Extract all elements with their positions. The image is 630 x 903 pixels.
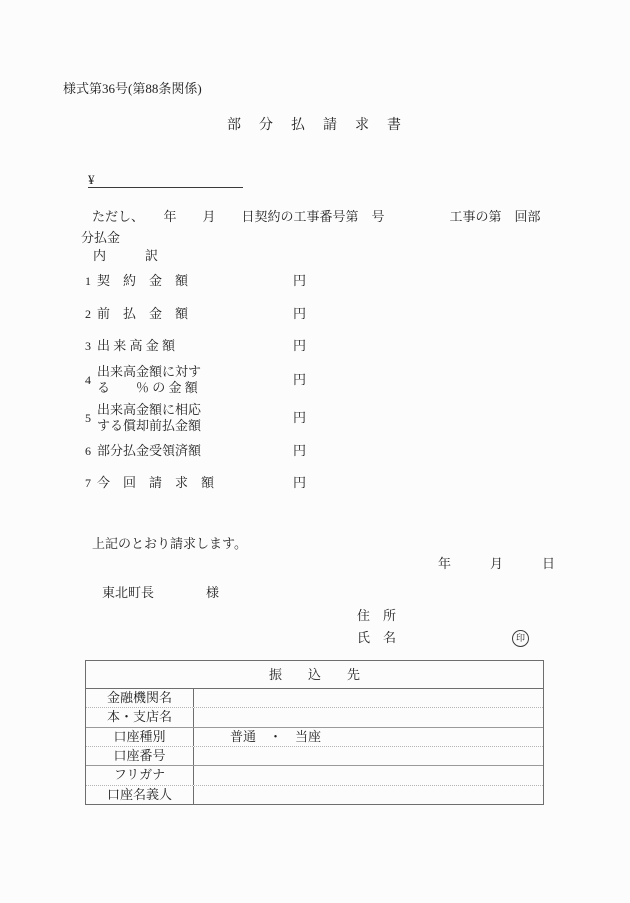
item-label-line1: 出来高金額に相応	[97, 402, 201, 418]
item-label: 今 回 請 求 額	[97, 475, 214, 491]
item-unit: 円	[293, 306, 306, 322]
item-label-line1: 前 払 金 額	[97, 306, 188, 322]
breakdown-item-4: 4 出来高金額に対する ％ の 金 額 円	[85, 363, 306, 396]
breakdown-heading: 内 訳	[93, 248, 158, 264]
item-label-line1: 出来高金額に対す	[97, 364, 201, 380]
partial-payment-request-form: 様式第36号(第88条関係) 部 分 払 請 求 書 ¥ ただし、 年 月 日契…	[0, 0, 630, 903]
page-title: 部 分 払 請 求 書	[0, 117, 630, 134]
item-unit: 円	[293, 410, 306, 426]
item-number: 2	[85, 306, 97, 322]
row-label: フリガナ	[86, 766, 194, 784]
table-row-furigana: フリガナ	[86, 766, 543, 785]
breakdown-item-5: 5 出来高金額に相応する償却前払金額 円	[85, 401, 306, 434]
item-label: 出 来 高 金 額	[97, 338, 175, 354]
table-row-account-holder: 口座名義人	[86, 786, 543, 804]
item-label: 前 払 金 額	[97, 306, 188, 322]
item-label: 部分払金受領済額	[97, 443, 201, 459]
item-label-line1: 今 回 請 求 額	[97, 475, 214, 491]
item-number: 7	[85, 475, 97, 491]
item-number: 4	[85, 372, 97, 388]
item-label: 出来高金額に相応する償却前払金額	[97, 402, 201, 434]
item-number: 5	[85, 410, 97, 426]
item-label-line2: る ％ の 金 額	[97, 380, 201, 396]
breakdown-item-7: 7 今 回 請 求 額 円	[85, 475, 306, 491]
breakdown-item-2: 2 前 払 金 額 円	[85, 306, 306, 322]
item-label-line1: 契 約 金 額	[97, 273, 188, 289]
table-row-account-number: 口座番号	[86, 747, 543, 766]
item-unit: 円	[293, 475, 306, 491]
item-label: 契 約 金 額	[97, 273, 188, 289]
item-label: 出来高金額に対する ％ の 金 額	[97, 364, 201, 396]
table-row-bank-name: 金融機関名	[86, 689, 543, 708]
proviso-line-2: 分払金	[81, 230, 120, 246]
row-label: 金融機関名	[86, 689, 194, 707]
breakdown-item-1: 1 契 約 金 額 円	[85, 273, 306, 289]
row-label: 口座番号	[86, 747, 194, 765]
closing-statement: 上記のとおり請求します。	[92, 536, 247, 552]
row-label: 本・支店名	[86, 708, 194, 726]
addressee-line: 東北町長 様	[102, 585, 219, 601]
item-label-line1: 出 来 高 金 額	[97, 338, 175, 354]
table-row-branch-name: 本・支店名	[86, 708, 543, 727]
item-number: 6	[85, 443, 97, 459]
yen-symbol: ¥	[88, 172, 95, 187]
proviso-line-1: ただし、 年 月 日契約の工事番号第 号 工事の第 回部	[92, 209, 541, 225]
row-label: 口座種別	[86, 728, 194, 746]
transfer-destination-table: 振 込 先 金融機関名 本・支店名 口座種別 普通 ・ 当座 口座番号 フリガナ…	[85, 660, 544, 805]
table-row-account-type: 口座種別 普通 ・ 当座	[86, 728, 543, 747]
item-unit: 円	[293, 273, 306, 289]
amount-blank-line: ¥	[88, 172, 243, 188]
item-number: 1	[85, 273, 97, 289]
transfer-table-title: 振 込 先	[86, 661, 543, 689]
breakdown-item-6: 6 部分払金受領済額 円	[85, 443, 306, 459]
seal-icon: 印	[512, 630, 529, 647]
item-number: 3	[85, 338, 97, 354]
item-unit: 円	[293, 372, 306, 388]
item-label-line2: する償却前払金額	[97, 418, 201, 434]
row-value: 普通 ・ 当座	[194, 729, 543, 745]
breakdown-item-3: 3 出 来 高 金 額 円	[85, 338, 306, 354]
address-label: 住 所	[357, 608, 396, 624]
item-unit: 円	[293, 338, 306, 354]
item-unit: 円	[293, 443, 306, 459]
name-label: 氏 名	[357, 630, 396, 646]
form-number: 様式第36号(第88条関係)	[63, 81, 202, 97]
item-label-line1: 部分払金受領済額	[97, 443, 201, 459]
row-label: 口座名義人	[86, 786, 194, 804]
date-blank-line: 年 月 日	[438, 556, 555, 572]
